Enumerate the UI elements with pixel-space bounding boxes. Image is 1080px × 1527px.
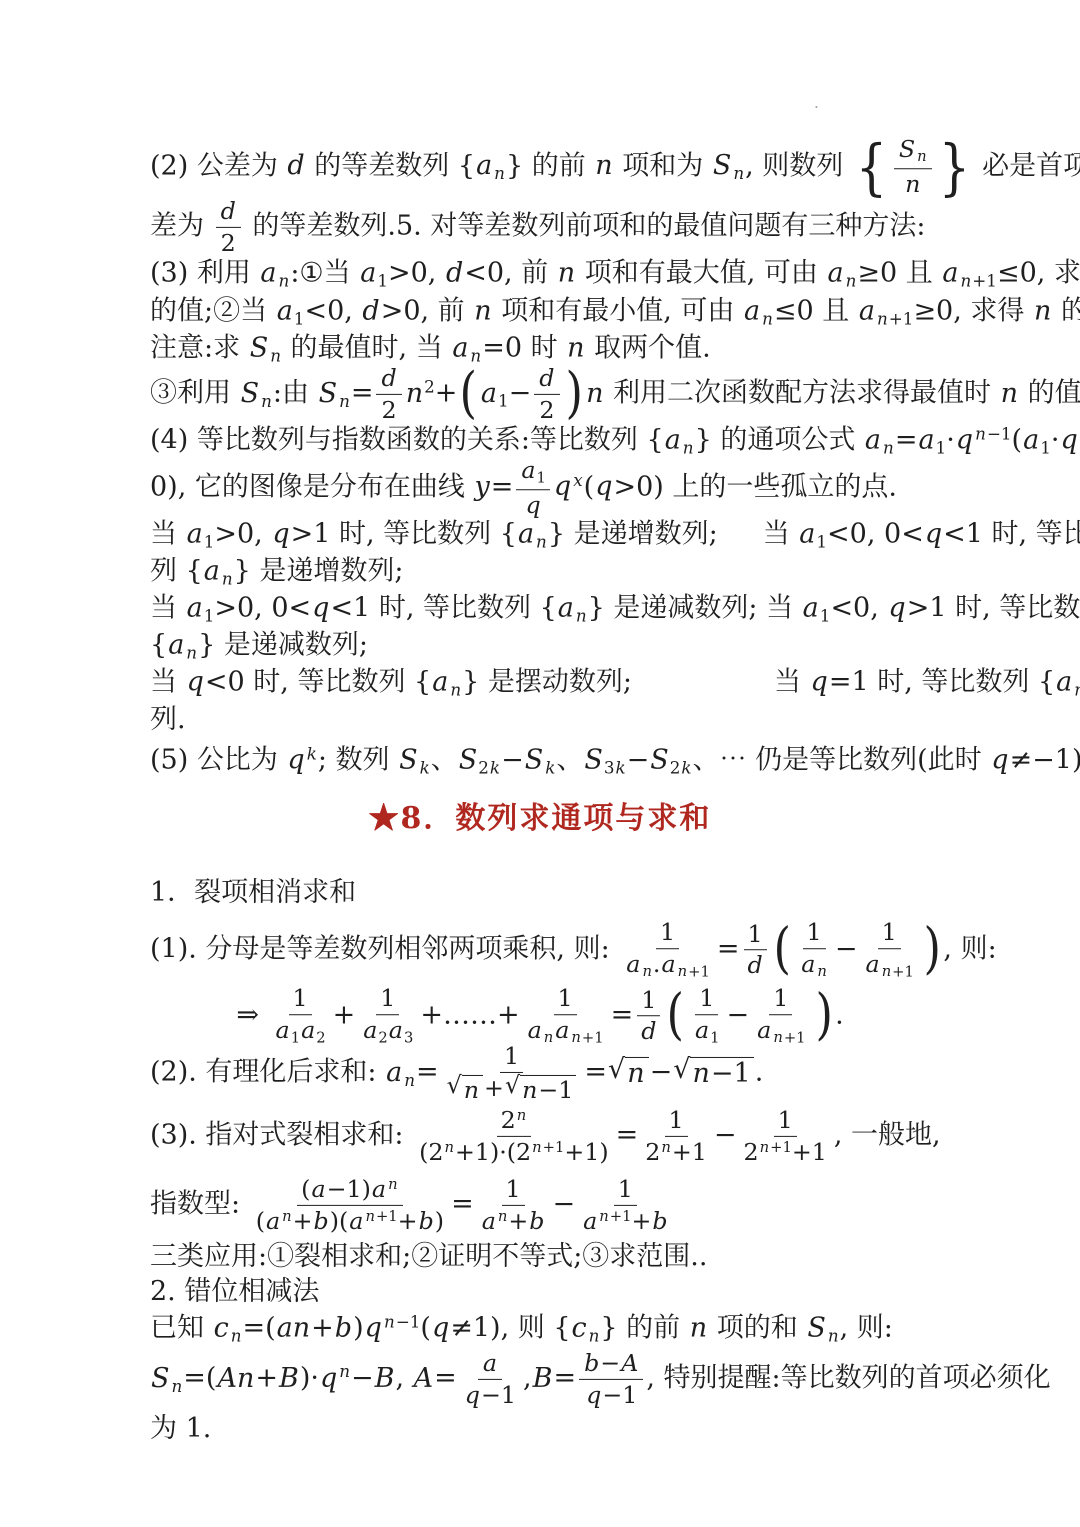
subscript: 1 xyxy=(816,532,827,552)
math-text: d xyxy=(538,364,555,392)
math-variable: S xyxy=(898,135,916,163)
subscript: n xyxy=(535,532,548,552)
math-text: (a xyxy=(1012,425,1041,456)
numerator: 1 xyxy=(502,1176,525,1206)
text-line: 2. 错位相减法 xyxy=(150,1275,319,1309)
math-variable: a xyxy=(371,1175,387,1203)
math-text: 1 xyxy=(618,1175,633,1203)
math-variable: n xyxy=(387,1176,398,1193)
math-variable: an xyxy=(276,1313,312,1344)
text-line: ⇒ 1a1a2+1a2a3+……+1anan+1=1d(1a1−1an+1). xyxy=(0,985,1080,1047)
math-variable: b xyxy=(651,1207,668,1235)
math-text: n+1 xyxy=(531,1138,564,1155)
math-text: 1 xyxy=(558,984,573,1012)
math-text: =a xyxy=(895,425,936,456)
math-variable: n xyxy=(845,271,858,291)
math-text: ③利用 S xyxy=(150,378,260,409)
math-text: d xyxy=(746,952,763,980)
math-text: − xyxy=(552,1189,575,1220)
math-variable: a xyxy=(265,1207,281,1235)
math-text: (1). 分母是等差数列相邻两项乘积, 则: xyxy=(150,934,618,965)
fraction: aq−1 xyxy=(460,1350,520,1408)
denominator: q xyxy=(521,490,546,519)
subscript: 1 xyxy=(377,271,388,291)
math-text: k xyxy=(544,758,556,778)
math-variable: a xyxy=(582,1207,598,1235)
math-variable: n xyxy=(521,1076,538,1104)
fraction: 1√n+√n−1 xyxy=(442,1043,582,1103)
math-variable: a xyxy=(941,258,959,289)
text-line: 当 a1>0, 0<q<1 时, 等比数列 {an} 是递减数列; 当 a1<0… xyxy=(150,592,1080,627)
math-text: (2 xyxy=(419,1138,443,1166)
close-delimiter: } xyxy=(938,137,969,198)
fraction: 1an xyxy=(796,919,832,981)
math-variable: n xyxy=(691,1058,710,1089)
math-text: ≤0 且 a xyxy=(774,296,876,327)
math-variable: q xyxy=(364,1313,383,1344)
math-text: , 特别提醒:等比数列的首项必须化 xyxy=(646,1363,1050,1394)
fence-content: 1an−1an+1 xyxy=(793,919,921,981)
math-text: S xyxy=(150,1363,171,1394)
math-text: − xyxy=(835,933,858,964)
math-variable: n xyxy=(221,569,234,589)
math-text: k xyxy=(306,743,318,763)
denominator: an+1+b xyxy=(578,1206,672,1235)
subscript: 1 xyxy=(204,532,215,552)
math-variable: n xyxy=(516,1107,527,1124)
subscript: n xyxy=(575,606,588,626)
math-variable: a xyxy=(276,296,294,327)
math-text: +b)(a xyxy=(293,1207,365,1235)
radicand: n−1 xyxy=(690,1057,753,1088)
math-text: 列. xyxy=(150,704,186,735)
numerator: 1 xyxy=(665,1107,688,1137)
subscript: n xyxy=(185,643,198,663)
math-text: 1 xyxy=(537,470,546,487)
math-variable: S xyxy=(240,378,261,409)
math-variable: n xyxy=(405,378,424,409)
subscript: n xyxy=(761,309,774,329)
math-text: , 则: xyxy=(943,934,996,965)
math-variable: q xyxy=(186,667,205,698)
text-line: (4) 等比数列与指数函数的关系:等比数列 {an} 的通项公式 an=a1·q… xyxy=(150,423,1080,458)
math-text: 1 xyxy=(807,918,822,946)
math-text: 1 xyxy=(1040,438,1051,458)
math-variable: n xyxy=(677,963,688,980)
math-text: a xyxy=(527,1016,543,1044)
numerator: 2n xyxy=(497,1107,532,1137)
math-text: 的等差数列.5. 对等差数列前项和的最值问题有三种方法: xyxy=(244,211,926,242)
math-text: − xyxy=(509,378,532,409)
math-text: d xyxy=(640,1018,657,1046)
math-variable: k xyxy=(614,758,626,778)
sqrt: √n xyxy=(447,1075,483,1103)
math-text: a xyxy=(582,1207,598,1235)
math-text: n xyxy=(575,606,588,626)
superscript: n xyxy=(443,1138,454,1155)
math-text: } 是递增数列; xyxy=(234,556,404,587)
math-variable: a xyxy=(864,425,882,456)
denominator: d xyxy=(742,951,767,980)
math-variable: n xyxy=(497,1207,508,1224)
math-text: 1 xyxy=(882,918,897,946)
superscript: x xyxy=(572,470,583,490)
math-text: − xyxy=(727,999,750,1030)
math-variable: n xyxy=(641,963,652,980)
subscript: 1 xyxy=(498,391,509,411)
fence-content: 1a1−1an+1 xyxy=(687,985,813,1047)
fraction: 1a2a3 xyxy=(358,985,417,1047)
math-text: 2. 错位相减法 xyxy=(150,1276,319,1307)
math-text: a xyxy=(481,1207,497,1235)
denominator: 2 xyxy=(217,228,240,257)
math-text: 必是首项为 a xyxy=(974,151,1080,182)
math-text: 、S xyxy=(556,745,604,776)
math-text: } 的前 n 项的和 S xyxy=(600,1313,826,1344)
subscript: k xyxy=(419,758,431,778)
math-text: d xyxy=(220,197,237,225)
math-text: q xyxy=(525,491,542,519)
math-variable: a xyxy=(554,1016,570,1044)
subscript: 2k xyxy=(670,758,693,778)
math-text: n xyxy=(185,643,198,663)
math-text: n xyxy=(338,391,351,411)
math-variable: q xyxy=(887,593,906,624)
math-text: n+1 xyxy=(960,271,997,291)
subscript: 3k xyxy=(604,758,627,778)
math-text: a xyxy=(554,1016,570,1044)
subscript: n+1 xyxy=(772,1029,805,1046)
math-variable: q xyxy=(990,745,1009,776)
denominator: (2n+1)·(2n+1+1) xyxy=(415,1137,613,1166)
superscript: n xyxy=(660,1138,671,1155)
numerator: a xyxy=(478,1350,502,1380)
math-text: 为 1. xyxy=(150,1413,211,1444)
denominator: d xyxy=(636,1017,661,1046)
math-text: = xyxy=(584,1056,607,1087)
math-variable: n xyxy=(1000,378,1019,409)
math-variable: q xyxy=(311,593,330,624)
math-variable: a xyxy=(664,425,682,456)
text-line: 当 a1>0, q>1 时, 等比数列 {an} 是递增数列;当 a1<0, 0… xyxy=(150,518,1080,553)
math-variable: k xyxy=(489,758,501,778)
radical-sign: √ xyxy=(673,1056,690,1083)
denominator: an+1 xyxy=(752,1015,809,1047)
math-text: 1 xyxy=(748,920,763,948)
speck-artifact: · xyxy=(814,98,819,116)
superscript: n xyxy=(281,1207,292,1224)
math-text: a xyxy=(865,950,881,978)
math-text: 、⋯ 仍是等比数列(此时 q≠−1). xyxy=(693,745,1080,776)
numerator: 1 xyxy=(289,985,312,1015)
text-line: (2) 公差为 d 的等差数列 {an} 的前 n 项和为 Sn, 则数列 {S… xyxy=(150,136,1080,198)
math-text: 0), 它的图像是分布在曲线 y= xyxy=(150,471,513,502)
math-text: } 是递减数列; xyxy=(198,630,368,661)
text-line: 差为 d2 的等差数列.5. 对等差数列前项和的最值问题有三种方法: xyxy=(150,198,925,256)
numerator: b−A xyxy=(579,1350,643,1380)
math-text: a xyxy=(625,950,641,978)
math-variable: q xyxy=(553,471,572,502)
math-text: n+1 xyxy=(677,963,710,980)
math-text: .a xyxy=(653,950,677,978)
subscript: n xyxy=(682,438,695,458)
math-text: q xyxy=(553,471,572,502)
math-text: n xyxy=(845,271,858,291)
math-variable: a xyxy=(359,258,377,289)
math-text: a xyxy=(756,1016,772,1044)
math-variable: S xyxy=(583,745,604,776)
math-text: a xyxy=(388,1016,404,1044)
math-variable: a xyxy=(1055,667,1073,698)
math-variable: a xyxy=(167,630,185,661)
numerator: 1 xyxy=(614,1176,637,1206)
math-variable: q xyxy=(1059,425,1078,456)
subscript: n xyxy=(338,391,351,411)
math-text: 1 xyxy=(641,986,656,1014)
math-variable: n xyxy=(463,1076,480,1104)
math-text: 1 xyxy=(773,984,788,1012)
math-text: q−1 xyxy=(585,1381,637,1409)
math-text: <0, q>1 时, 等比数列 xyxy=(830,593,1080,624)
math-variable: k xyxy=(680,758,692,778)
math-text: n xyxy=(443,1138,454,1155)
math-text: +1) xyxy=(564,1138,608,1166)
math-text: 1 xyxy=(660,918,675,946)
math-text: ≥0 且 a xyxy=(857,258,959,289)
open-delimiter: { xyxy=(856,137,887,198)
math-text: n xyxy=(682,438,695,458)
math-variable: n xyxy=(185,643,198,663)
math-variable: c xyxy=(213,1313,230,1344)
subscript: n xyxy=(449,680,462,700)
math-text: , 则数列 xyxy=(745,151,852,182)
math-variable: a xyxy=(481,1207,497,1235)
numerator: 1 xyxy=(878,919,901,949)
math-text: n xyxy=(221,569,234,589)
math-variable: a xyxy=(743,296,761,327)
math-text: x xyxy=(572,470,583,490)
math-variable: a xyxy=(475,151,493,182)
math-text: a xyxy=(362,1016,378,1044)
text-line: 三类应用:①裂相求和;②证明不等式;③求范围.. xyxy=(150,1240,707,1274)
fraction: (a−1)an(an+b)(an+1+b) xyxy=(252,1176,448,1234)
math-variable: a xyxy=(480,378,498,409)
math-variable: a xyxy=(756,1016,772,1044)
math-text: n xyxy=(338,1361,351,1381)
math-variable: n xyxy=(281,1207,292,1224)
math-text: a xyxy=(300,1016,316,1044)
open-delimiter: ( xyxy=(460,366,477,421)
open-delimiter: ( xyxy=(667,988,684,1043)
math-variable: S xyxy=(649,745,670,776)
math-variable: b xyxy=(583,1349,600,1377)
math-text: 差为 xyxy=(150,211,213,242)
math-text: 2k xyxy=(670,758,693,778)
math-variable: q xyxy=(431,1313,450,1344)
math-variable: a xyxy=(310,1175,326,1203)
subscript: n xyxy=(171,1376,184,1396)
math-text: n−1 xyxy=(521,1076,573,1104)
math-text: ·q≠ xyxy=(1051,425,1080,456)
math-text: 2 xyxy=(645,1138,660,1166)
math-text: {a xyxy=(150,630,185,661)
math-text: = xyxy=(416,1056,439,1087)
subscript: n+1 xyxy=(960,271,997,291)
fraction: a1q xyxy=(516,457,550,519)
math-text: n xyxy=(449,680,462,700)
math-variable: n xyxy=(171,1376,184,1396)
math-text: −S xyxy=(501,745,544,776)
math-variable: d xyxy=(361,296,380,327)
math-variable: A xyxy=(413,1363,435,1394)
math-text: = xyxy=(611,1000,634,1031)
math-text: −S xyxy=(627,745,670,776)
close-delimiter: ) xyxy=(815,988,832,1043)
math-variable: n xyxy=(585,378,604,409)
subscript: 1 xyxy=(936,438,947,458)
math-variable: n xyxy=(598,1207,609,1224)
math-variable: k xyxy=(419,758,431,778)
math-variable: n xyxy=(827,1326,840,1346)
math-text: 已知 c xyxy=(150,1313,230,1344)
math-variable: n xyxy=(364,1207,375,1224)
math-variable: n xyxy=(338,1361,351,1381)
text-line: 当 q<0 时, 等比数列 {an} 是摆动数列;当 q=1 时, 等比数列 {… xyxy=(150,666,1080,701)
math-variable: a xyxy=(858,296,876,327)
radicand: n xyxy=(462,1075,483,1103)
fraction: 1an.an+1 xyxy=(621,919,714,981)
math-variable: n xyxy=(278,271,291,291)
math-text: n xyxy=(904,170,921,198)
denominator: q−1 xyxy=(460,1380,520,1409)
subscript: 2k xyxy=(478,758,501,778)
text-line: 1．裂项相消求和 xyxy=(150,876,356,910)
sqrt: √n−1 xyxy=(673,1057,753,1088)
math-text: 的最值时, 当 a xyxy=(282,333,469,364)
text-line: 列 {an} 是递增数列; xyxy=(150,555,404,590)
math-text: ,B= xyxy=(523,1363,576,1394)
math-text: :①当 a xyxy=(290,258,377,289)
math-text: +1 xyxy=(672,1138,707,1166)
subscript: 1 xyxy=(820,606,831,626)
math-text: , 一般地, xyxy=(834,1120,941,1151)
math-variable: n xyxy=(904,170,921,198)
math-variable: n xyxy=(732,164,745,184)
subscript: n+1 xyxy=(677,963,710,980)
math-variable: a xyxy=(802,593,820,624)
math-text: (q≠1), 则 {c xyxy=(420,1313,587,1344)
math-text: n xyxy=(1073,680,1080,700)
math-variable: a xyxy=(482,1349,498,1377)
math-variable: a xyxy=(186,593,204,624)
math-text: n xyxy=(882,438,895,458)
math-text: } 的前 n 项和为 S xyxy=(506,151,732,182)
math-text: =0 时 n 取两个值. xyxy=(482,333,711,364)
superscript: n−1 xyxy=(383,1311,420,1331)
math-text: n xyxy=(403,1070,416,1090)
math-variable: B xyxy=(374,1363,396,1394)
math-variable: n xyxy=(1033,296,1052,327)
denominator: 2 xyxy=(535,395,558,424)
sqrt: √n xyxy=(608,1057,649,1088)
math-text: = xyxy=(451,1189,474,1220)
math-variable: a xyxy=(660,950,676,978)
math-variable: n xyxy=(660,1138,671,1155)
fence-content: Snn xyxy=(891,136,935,198)
math-variable: n xyxy=(531,1138,542,1155)
math-text: , 则: xyxy=(840,1313,893,1344)
subscript: n xyxy=(493,164,506,184)
math-variable: n xyxy=(682,438,695,458)
math-text: + xyxy=(484,1074,504,1102)
math-text: n xyxy=(269,346,282,366)
fraction: 1d xyxy=(742,921,767,979)
math-text: n xyxy=(387,1176,398,1193)
subscript: n xyxy=(816,963,827,980)
math-variable: d xyxy=(746,952,763,980)
fraction: b−Aq−1 xyxy=(579,1350,643,1408)
math-text: b−A xyxy=(583,1349,639,1377)
math-variable: B xyxy=(532,1363,554,1394)
math-text: 、S xyxy=(431,745,479,776)
math-text: +b xyxy=(508,1207,545,1235)
math-text: ≥0, 求得 n 的值. xyxy=(913,296,1080,327)
math-text: 指数型: xyxy=(150,1189,249,1220)
math-text: +……+ xyxy=(420,1000,519,1031)
denominator: an xyxy=(796,949,832,981)
math-text: +b xyxy=(631,1207,668,1235)
math-variable: q xyxy=(594,471,613,502)
subscript: 1 xyxy=(537,470,546,487)
math-text: n−1 xyxy=(383,1311,420,1331)
math-variable: a xyxy=(865,950,881,978)
math-text: n+1 xyxy=(876,309,913,329)
subscript: n xyxy=(1073,680,1080,700)
math-variable: n xyxy=(269,346,282,366)
fraction: 2n(2n+1)·(2n+1+1) xyxy=(415,1107,613,1165)
fence: (a1−d2) xyxy=(458,365,584,423)
text-line: 指数型: (a−1)an(an+b)(an+1+b)=1an+b−1an+1+b xyxy=(150,1176,676,1234)
math-text: n xyxy=(516,1107,527,1124)
text-line: (1). 分母是等差数列相邻两项乘积, 则: 1an.an+1=1d(1an−1… xyxy=(150,919,997,981)
math-variable: d xyxy=(286,151,305,182)
math-text: 1 xyxy=(820,606,831,626)
math-variable: n xyxy=(473,296,492,327)
superscript: n xyxy=(338,1361,351,1381)
math-text: a xyxy=(480,378,498,409)
math-variable: k xyxy=(544,758,556,778)
math-text: n−1 xyxy=(691,1058,750,1089)
math-variable: n xyxy=(960,271,973,291)
numerator: 1 xyxy=(774,1107,797,1137)
math-text: q−1 xyxy=(464,1381,516,1409)
math-text: n xyxy=(405,378,424,409)
math-text: n xyxy=(588,1326,601,1346)
math-variable: a xyxy=(259,258,277,289)
math-variable: c xyxy=(571,1313,588,1344)
math-variable: n xyxy=(881,963,892,980)
math-text: = xyxy=(351,378,374,409)
math-text: n+1 xyxy=(881,963,914,980)
math-variable: b xyxy=(528,1207,545,1235)
text-line: ③利用 Sn:由 Sn=d2n2+(a1−d2)n 利用二次函数配方法求得最值时… xyxy=(150,365,1080,423)
superscript: n xyxy=(516,1107,527,1124)
text-line: 为 1. xyxy=(150,1412,211,1446)
math-text: 的值;②当 a xyxy=(150,296,294,327)
subscript: n xyxy=(588,1326,601,1346)
fraction: Snn xyxy=(894,136,932,198)
math-text: 2 xyxy=(221,229,236,257)
